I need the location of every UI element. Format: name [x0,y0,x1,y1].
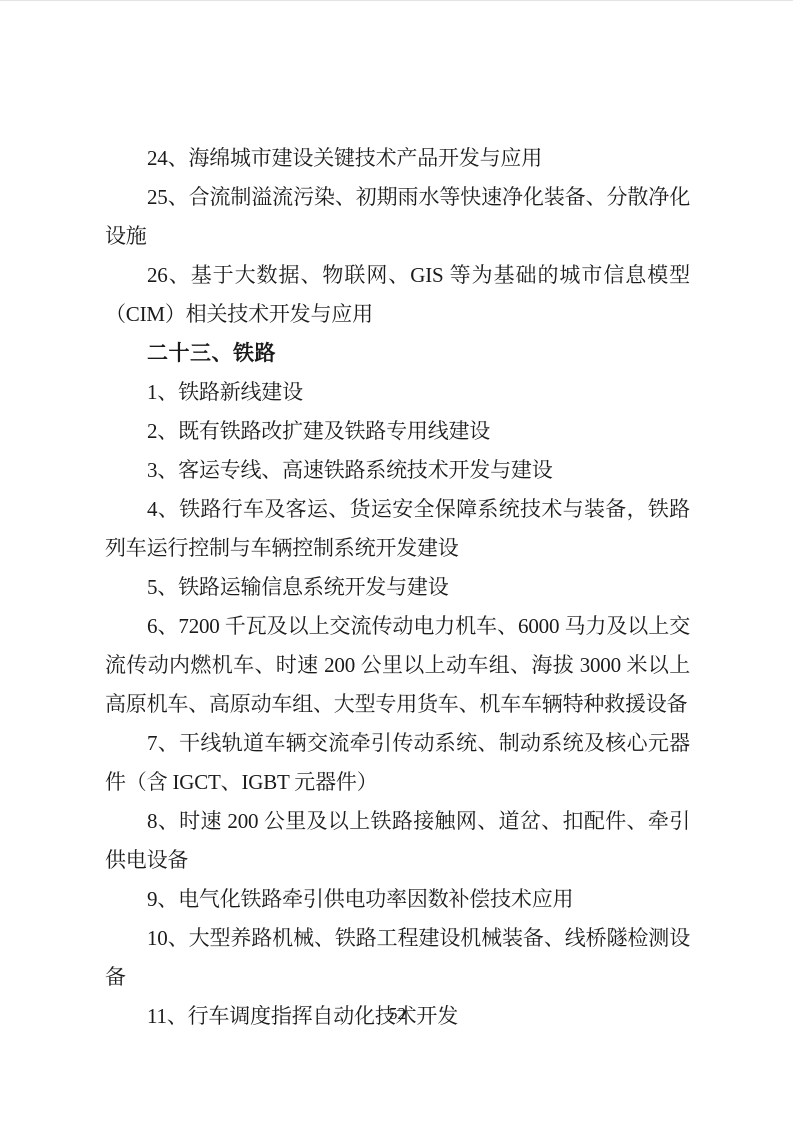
document-page: { "document": { "blocks": [ { "type": "i… [0,0,793,1122]
list-item-25: 25、合流制溢流污染、初期雨水等快速净化装备、分散净化设施 [105,178,690,256]
list-item-9: 9、电气化铁路牵引供电功率因数补偿技术应用 [105,880,690,919]
list-item-2: 2、既有铁路改扩建及铁路专用线建设 [105,412,690,451]
list-item-1: 1、铁路新线建设 [105,373,690,412]
document-body: 24、海绵城市建设关键技术产品开发与应用 25、合流制溢流污染、初期雨水等快速净… [105,139,690,1036]
list-item-7: 7、干线轨道车辆交流牵引传动系统、制动系统及核心元器件（含 IGCT、IGBT … [105,724,690,802]
list-item-3: 3、客运专线、高速铁路系统技术开发与建设 [105,451,690,490]
list-item-4: 4、铁路行车及客运、货运安全保障系统技术与装备，铁路列车运行控制与车辆控制系统开… [105,490,690,568]
list-item-26: 26、基于大数据、物联网、GIS 等为基础的城市信息模型（CIM）相关技术开发与… [105,256,690,334]
list-item-6: 6、7200 千瓦及以上交流传动电力机车、6000 马力及以上交流传动内燃机车、… [105,607,690,724]
section-heading-railway: 二十三、铁路 [105,334,690,373]
list-item-8: 8、时速 200 公里及以上铁路接触网、道岔、扣配件、牵引供电设备 [105,802,690,880]
page-number: 52 [105,1002,690,1026]
list-item-5: 5、铁路运输信息系统开发与建设 [105,568,690,607]
list-item-10: 10、大型养路机械、铁路工程建设机械装备、线桥隧检测设备 [105,919,690,997]
list-item-24: 24、海绵城市建设关键技术产品开发与应用 [105,139,690,178]
